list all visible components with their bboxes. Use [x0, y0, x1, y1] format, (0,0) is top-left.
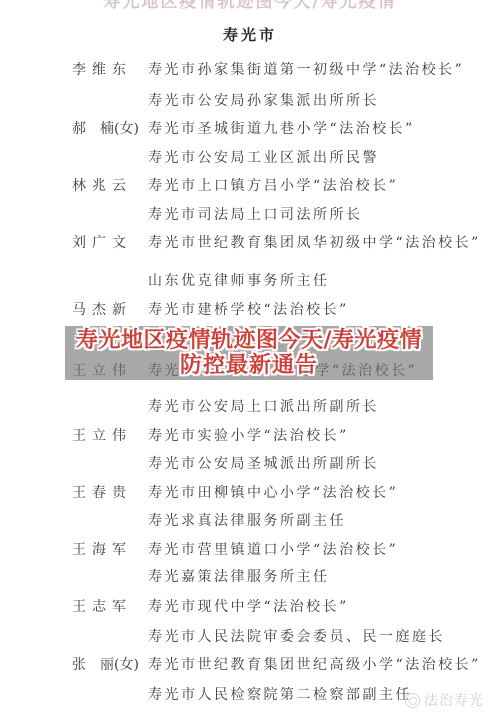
entry-line: 寿光市公安局圣城派出所副所长 [148, 455, 379, 473]
document-page: 寿光地区疫情轨迹图今天/寿光疫情 寿光市 李维东寿光市孙家集街道第一初级中学“法… [0, 0, 500, 718]
entry-position: 寿光市公安局工业区派出所民警 [148, 150, 379, 166]
entry-line: 山东优克律师事务所主任 [148, 272, 330, 290]
region-header: 寿光市 [0, 24, 500, 45]
entry-line: 寿光市公安局工业区派出所民警 [148, 149, 379, 167]
entry-name: 刘广文 [72, 234, 148, 252]
entry-line: 王春贵寿光市田柳镇中心小学“法治校长” [72, 484, 398, 502]
overlay-title-line2: 防控最新通告 [180, 353, 318, 378]
entry-position: 寿光市公安局上口派出所副所长 [148, 399, 379, 415]
entry-line: 刘广文寿光市世纪教育集团凤华初级中学“法治校长” [72, 234, 481, 252]
entry-line: 王海军寿光市营里镇道口小学“法治校长” [72, 541, 398, 559]
top-cutoff-title: 寿光地区疫情轨迹图今天/寿光疫情 [0, 0, 500, 12]
entry-name: 林兆云 [72, 177, 148, 195]
entry-position: 寿光市营里镇道口小学“法治校长” [148, 542, 398, 558]
entry-line: 李维东寿光市孙家集街道第一初级中学“法治校长” [72, 61, 464, 79]
entry-name: 张 丽(女) [72, 656, 148, 674]
entry-position: 寿光市上口镇方吕小学“法治校长” [148, 178, 398, 194]
watermark: 法治寿光 [405, 690, 484, 710]
entry-position: 寿光市现代中学“法治校长” [148, 599, 349, 615]
watermark-label: 法治寿光 [424, 690, 484, 710]
spam-overlay-title: 寿光地区疫情轨迹图今天/寿光疫情 防控最新通告 [65, 326, 433, 380]
entry-line: 寿光市司法局上口司法所所长 [148, 206, 363, 224]
entry-line: 寿光市人民法院审委会委员、民一庭庭长 [148, 628, 445, 646]
entry-position: 寿光嘉策法律服务所主任 [148, 569, 330, 585]
entry-position: 寿光求真法律服务所副主任 [148, 513, 346, 529]
entry-position: 寿光市田柳镇中心小学“法治校长” [148, 485, 398, 501]
watermark-logo-icon [405, 693, 420, 708]
overlay-title-line1: 寿光地区疫情轨迹图今天/寿光疫情 [76, 328, 422, 353]
entry-position: 寿光市世纪教育集团凤华初级中学“法治校长” [148, 235, 481, 251]
entry-position: 寿光市世纪教育集团世纪高级小学“法治校长” [148, 657, 481, 673]
entry-name: 王春贵 [72, 484, 148, 502]
entry-line: 林兆云寿光市上口镇方吕小学“法治校长” [72, 177, 398, 195]
entry-position: 寿光市司法局上口司法所所长 [148, 207, 363, 223]
entry-position: 寿光市人民法院审委会委员、民一庭庭长 [148, 629, 445, 645]
entry-name: 马杰新 [72, 301, 148, 319]
entry-line: 寿光嘉策法律服务所主任 [148, 568, 330, 586]
entry-name: 李维东 [72, 61, 148, 79]
entry-position: 寿光市实验小学“法治校长” [148, 428, 349, 444]
entry-name: 郝 楠(女) [72, 120, 148, 138]
entry-position: 寿光市建桥学校“法治校长” [148, 302, 349, 318]
entry-line: 马杰新寿光市建桥学校“法治校长” [72, 301, 349, 319]
entry-name: 王海军 [72, 541, 148, 559]
entry-line: 王立伟寿光市实验小学“法治校长” [72, 427, 349, 445]
entry-position: 寿光市公安局孙家集派出所所长 [148, 93, 379, 109]
entry-line: 张 丽(女)寿光市世纪教育集团世纪高级小学“法治校长” [72, 656, 481, 674]
entry-line: 王志军寿光市现代中学“法治校长” [72, 598, 349, 616]
entry-line: 寿光市人民检察院第二检察部副主任 [148, 686, 412, 704]
entry-position: 寿光市圣城街道九巷小学“法治校长” [148, 121, 415, 137]
entry-name: 王志军 [72, 598, 148, 616]
entry-line: 寿光求真法律服务所副主任 [148, 512, 346, 530]
entry-line: 郝 楠(女)寿光市圣城街道九巷小学“法治校长” [72, 120, 415, 138]
entry-position: 寿光市公安局圣城派出所副所长 [148, 456, 379, 472]
entry-position: 寿光市人民检察院第二检察部副主任 [148, 687, 412, 703]
entry-line: 寿光市公安局孙家集派出所所长 [148, 92, 379, 110]
entry-line: 寿光市公安局上口派出所副所长 [148, 398, 379, 416]
entry-name: 王立伟 [72, 427, 148, 445]
entry-position: 寿光市孙家集街道第一初级中学“法治校长” [148, 62, 464, 78]
entry-position: 山东优克律师事务所主任 [148, 273, 330, 289]
